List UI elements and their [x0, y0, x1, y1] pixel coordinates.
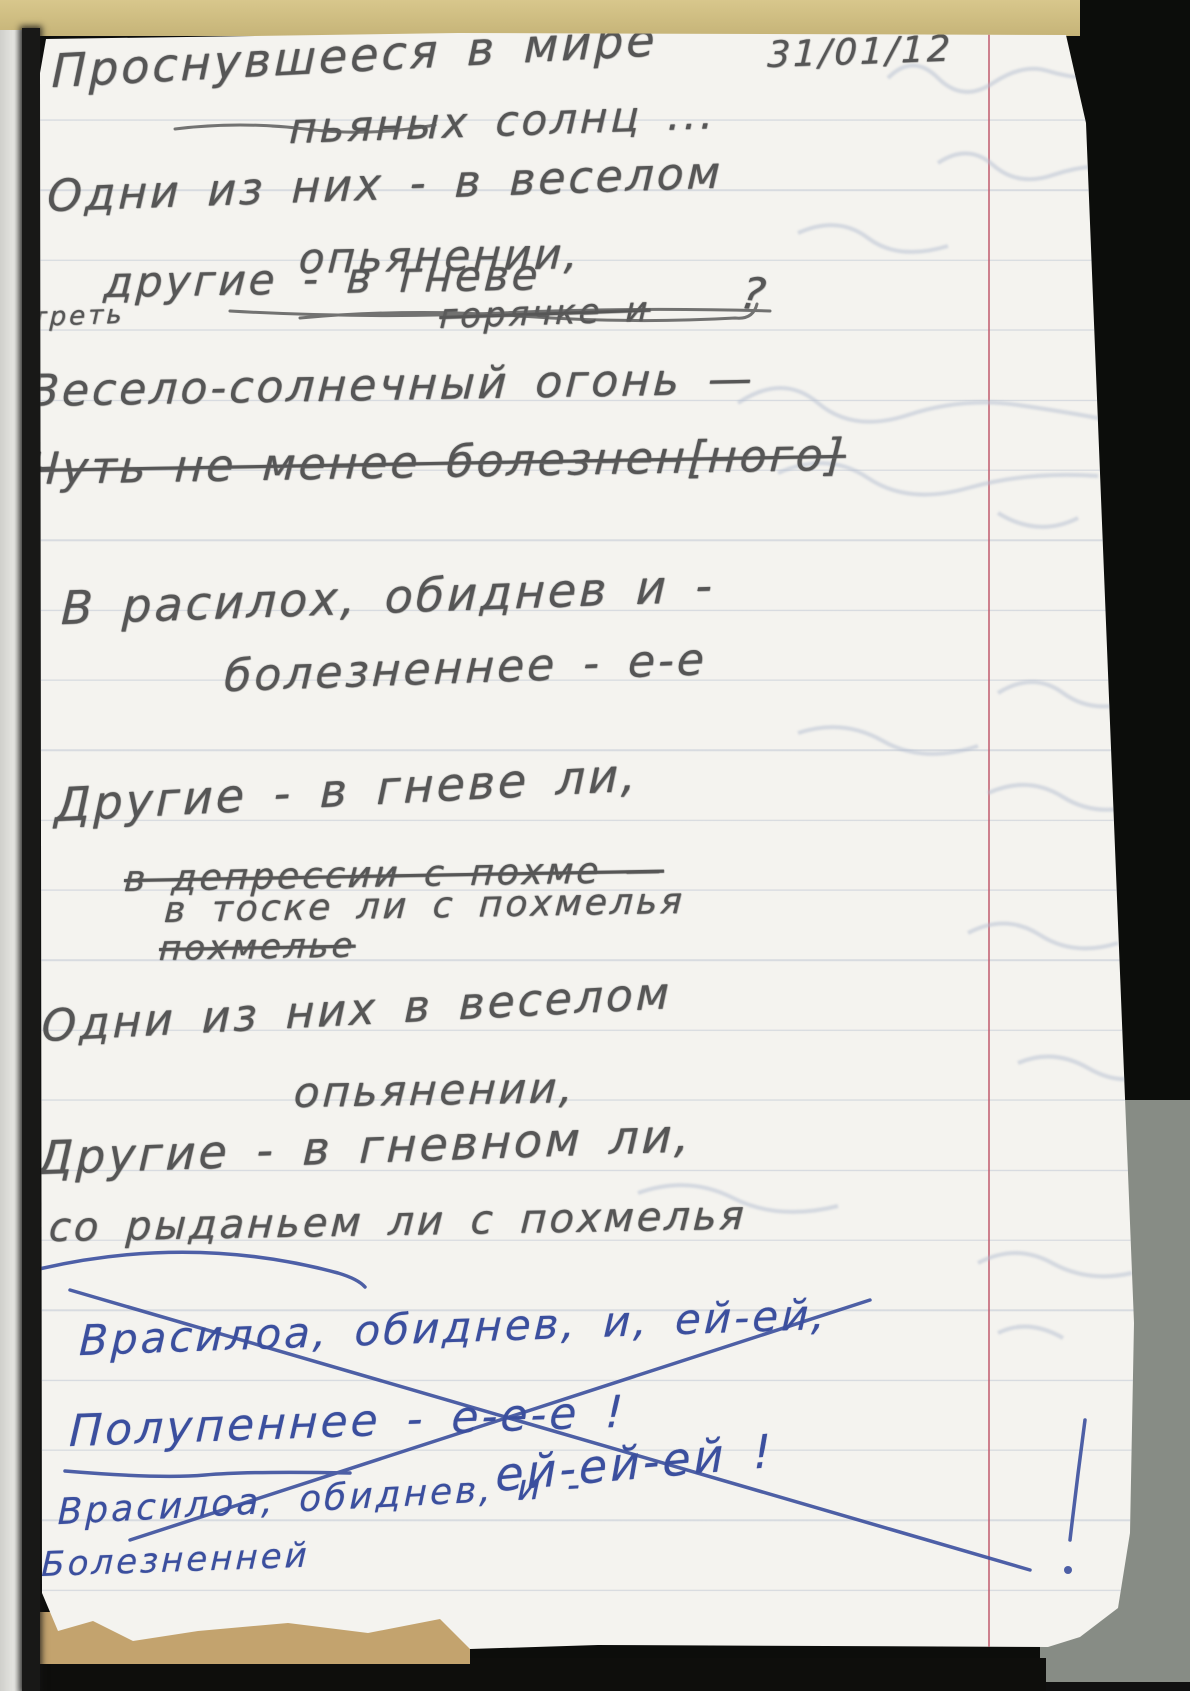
handwritten-line: болезненнее - е-е: [223, 638, 707, 699]
margin-note: треть: [31, 302, 125, 331]
struck-word: горячке и: [439, 293, 651, 334]
binding-shadow: [22, 28, 40, 1691]
handwritten-line: пьяных солнц ...: [289, 93, 718, 150]
scanned-notebook-page: Проснувшееся в мире 31/01/12 пьяных солн…: [0, 0, 1190, 1691]
handwritten-line: опьянении,: [293, 1067, 577, 1114]
notebook-cover-edge: [0, 0, 1080, 36]
underlying-page-edge: [0, 30, 24, 1691]
struck-line: Чуть не менее болезнен[ного]: [28, 434, 847, 492]
pen-arc-stroke: [38, 1252, 365, 1287]
handwritten-line: Другие - в гневном ли,: [36, 1112, 693, 1181]
exclamation-stroke: [1070, 1420, 1085, 1540]
struck-word: похмелье: [158, 929, 356, 966]
handwritten-line: Другие - в гневе ли,: [54, 751, 639, 828]
handwritten-line: в тоске ли с похмелья: [163, 884, 686, 929]
handwritten-line: Одни из них - в веселом: [46, 151, 723, 219]
scanner-backing-bottom: [1040, 1682, 1190, 1691]
handwritten-line: Весело-солнечный огонь —: [28, 357, 756, 414]
pen-underline-stroke: [65, 1471, 350, 1476]
exclamation-dot: [1064, 1566, 1072, 1574]
handwritten-line: со рыданьем ли с похмелья: [48, 1196, 748, 1248]
question-mark: ?: [737, 272, 771, 318]
pen-line: Болезненней: [41, 1539, 311, 1582]
margin-line: [988, 33, 990, 1658]
pen-line: Врасилоа, обиднев, и -: [57, 1467, 583, 1531]
pen-line-crossed: Врасилоа, обиднев, и, ей-ей,: [79, 1294, 829, 1362]
handwritten-line: Одни из них в веселом: [41, 972, 672, 1049]
handwritten-line: В расилох, обиднев и -: [60, 562, 715, 631]
date-note: 31/01/12: [767, 32, 954, 75]
notebook-paper: Проснувшееся в мире 31/01/12 пьяных солн…: [38, 33, 1164, 1678]
